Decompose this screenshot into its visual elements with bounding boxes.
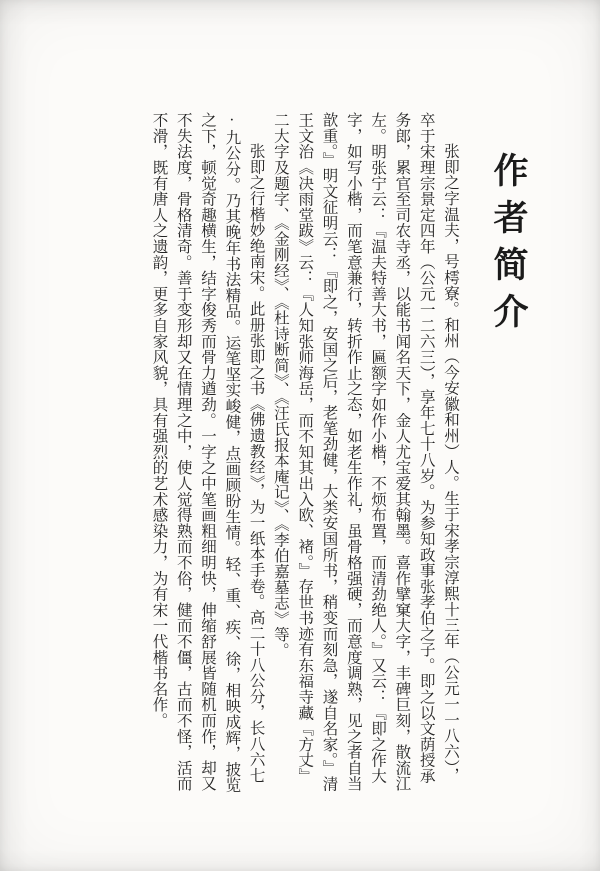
book-page: 作者简介 张即之字温夫，号樗寮。和州（今安徽和州）人。生于宋孝宗淳熙十三年（公元… (0, 0, 600, 871)
body-text: 张即之字温夫，号樗寮。和州（今安徽和州）人。生于宋孝宗淳熙十三年（公元一一八六）… (146, 112, 462, 794)
page-title: 作者简介 (483, 152, 533, 340)
paragraph-biography: 张即之字温夫，号樗寮。和州（今安徽和州）人。生于宋孝宗淳熙十三年（公元一一八六）… (268, 112, 462, 794)
paragraph-work-commentary: 张即之行楷妙绝南宋。此册张即之书《佛遗教经》，为一纸本手卷。高二十八公分，长八六… (146, 112, 267, 794)
